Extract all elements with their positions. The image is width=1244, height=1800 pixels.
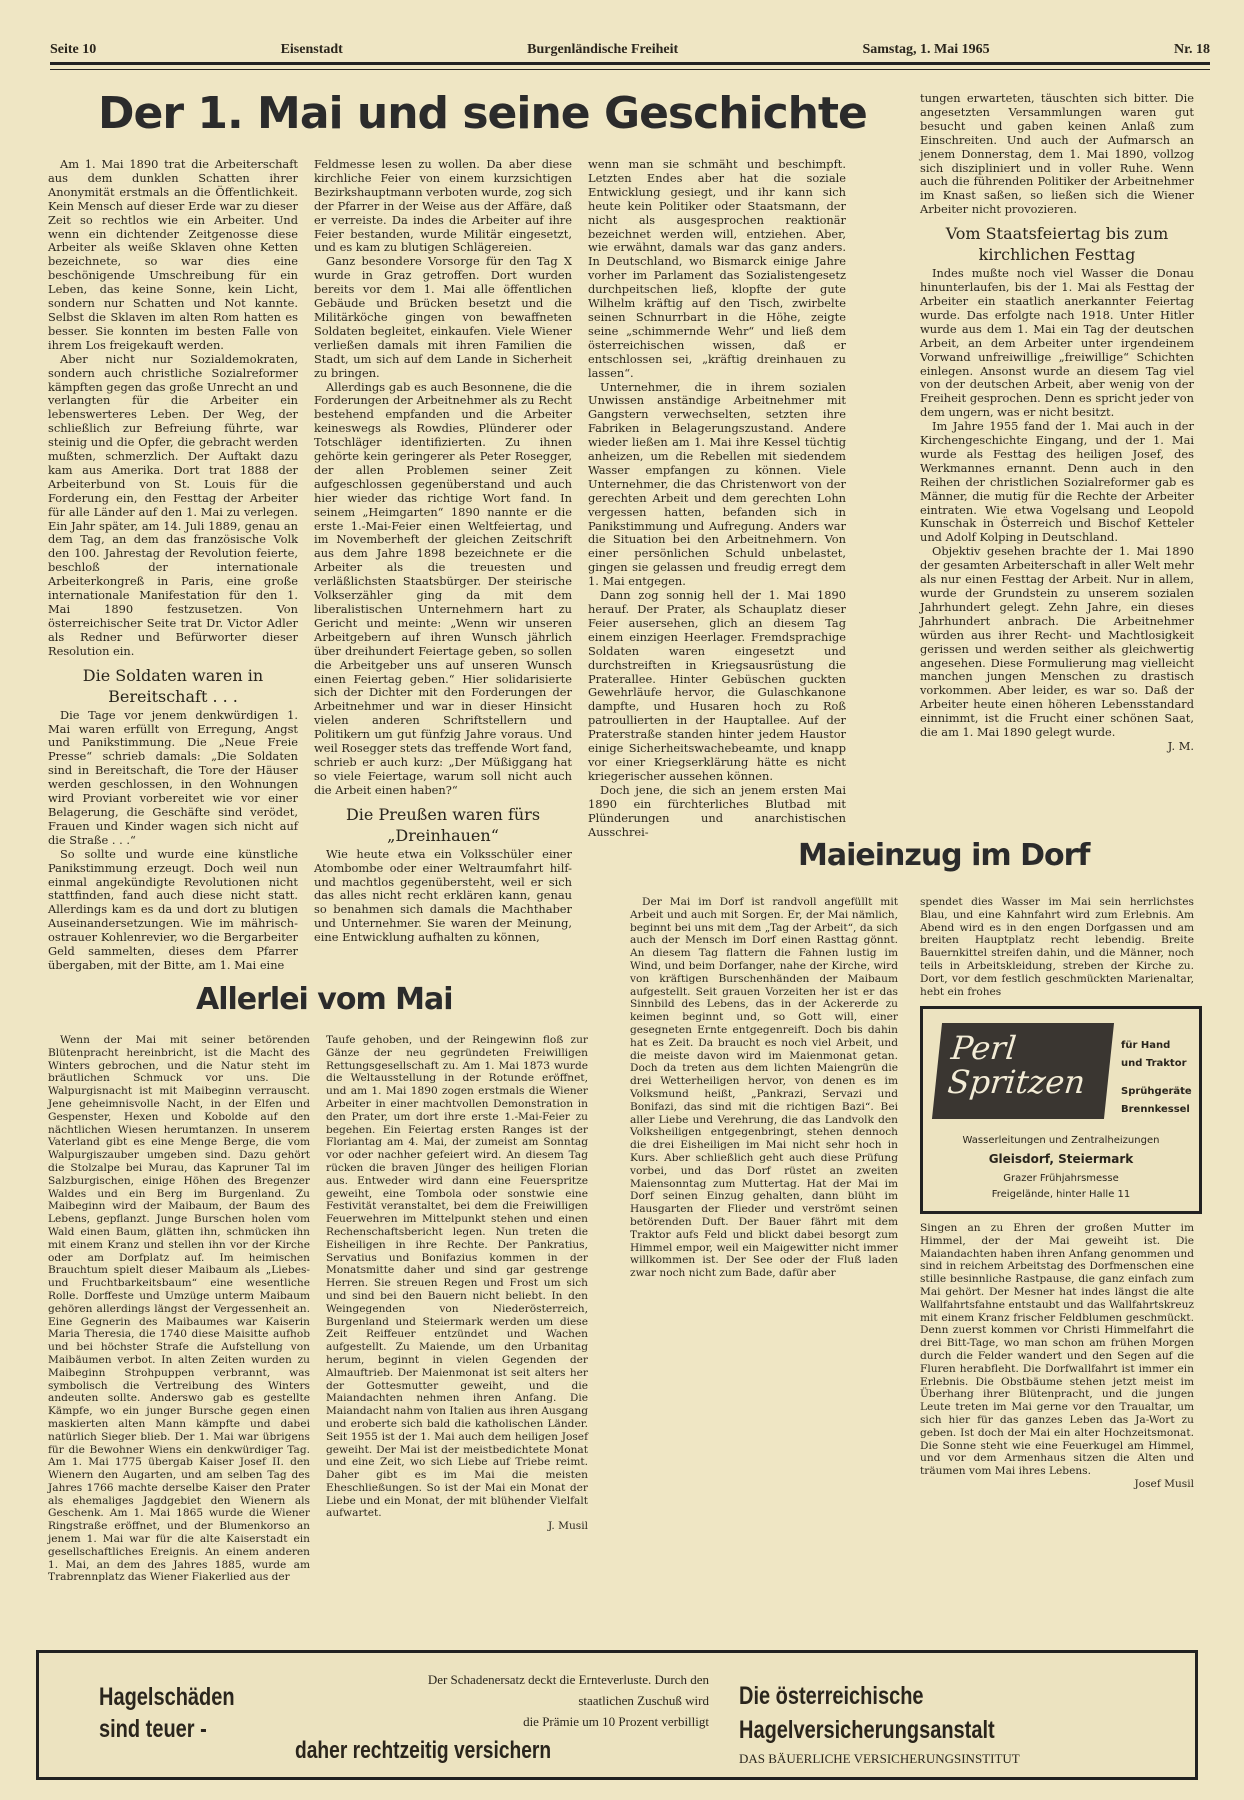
paragraph: Ganz besondere Vorsorge für den Tag X wu… [314, 255, 572, 380]
ad-text: Gleisdorf, Steiermark [923, 1151, 1199, 1167]
article1-column-3: wenn man sie schmäht und beschimpft. Let… [588, 158, 846, 839]
paragraph: Die Tage vor jenem denkwürdigen 1. Mai w… [48, 709, 298, 848]
ad-text: für Hand [1121, 1037, 1192, 1055]
ad-text: Der Schadenersatz deckt die Ernteverlust… [329, 1669, 709, 1690]
paper-name: Burgenländische Freiheit [527, 42, 678, 58]
paragraph: Feldmesse lesen zu wollen. Da aber diese… [314, 158, 572, 255]
ad-text: daher rechtzeitig versichern [295, 1737, 551, 1765]
signature: J. M. [920, 740, 1194, 754]
article2-column-2: Taufe gehoben, und der Reingewinn floß z… [326, 1034, 588, 1533]
ad-hagelversicherung: Hagelschäden sind teuer - Der Schadeners… [36, 1650, 1198, 1780]
paragraph: Der Mai im Dorf ist randvoll angefüllt m… [630, 896, 898, 1280]
ad-text: Sprühgeräte [1121, 1083, 1192, 1101]
ad-text: Grazer Frühjahrsmesse [923, 1171, 1199, 1187]
paragraph: spendet dies Wasser im Mai sein herrlich… [920, 896, 1194, 998]
ad-perl-spritzen: Perl Spritzen für Hand und Traktor Sprüh… [920, 1006, 1202, 1214]
paragraph: wenn man sie schmäht und beschimpft. Let… [588, 158, 846, 381]
ad-text: Hagelschäden [99, 1681, 235, 1713]
ad-text: und Traktor [1121, 1055, 1192, 1073]
article2-title: Allerlei vom Mai [196, 982, 453, 1017]
article3-column-2a: spendet dies Wasser im Mai sein herrlich… [920, 896, 1194, 998]
perl-logo: Perl Spritzen [932, 1023, 1114, 1119]
ad-text: Brennkessel [1121, 1101, 1192, 1119]
paragraph: Wie heute etwa ein Volksschüler einer At… [314, 848, 572, 945]
article3-title: Maieinzug im Dorf [798, 838, 1089, 873]
article1-column-1: Am 1. Mai 1890 trat die Arbeiterschaft a… [48, 158, 298, 973]
article3-column-2b: Singen an zu Ehren der großen Mutter im … [920, 1222, 1194, 1491]
masthead-rule [50, 62, 1210, 70]
paragraph: So sollte und wurde eine künstliche Pani… [48, 848, 298, 973]
paragraph: Doch jene, die sich an jenem ersten Mai … [588, 784, 846, 840]
ad-text: Hagelversicherungsanstalt [739, 1713, 995, 1747]
paragraph: Wenn der Mai mit seiner betörenden Blüte… [48, 1034, 310, 1584]
city: Eisenstadt [281, 42, 343, 58]
article1-column-2: Feldmesse lesen zu wollen. Da aber diese… [314, 158, 572, 945]
subheading: Die Soldaten waren in Bereitschaft . . . [48, 665, 298, 707]
signature: Josef Musil [920, 1478, 1194, 1491]
article1-column-4: tungen erwarteten, täuschten sich bitter… [920, 92, 1194, 754]
paragraph: Indes mußte noch viel Wasser die Donau h… [920, 267, 1194, 420]
issue-number: Nr. 18 [1174, 42, 1210, 58]
ad-text: sind teuer - [99, 1713, 235, 1745]
paragraph: tungen erwarteten, täuschten sich bitter… [920, 92, 1194, 217]
ad-text: die Prämie um 10 Prozent verbilligt [329, 1711, 709, 1732]
paragraph: Dann zog sonnig hell der 1. Mai 1890 her… [588, 589, 846, 784]
masthead: Seite 10 Eisenstadt Burgenländische Frei… [50, 42, 1210, 58]
paragraph: Im Jahre 1955 fand der 1. Mai auch in de… [920, 420, 1194, 545]
ad-text: Freigelände, hinter Halle 11 [923, 1187, 1199, 1203]
ad-text: staatlichen Zuschuß wird [329, 1690, 709, 1711]
ad-text: Wasserleitungen und Zentralheizungen [923, 1133, 1199, 1149]
ad-text: Die österreichische [739, 1679, 995, 1713]
paragraph: Am 1. Mai 1890 trat die Arbeiterschaft a… [48, 158, 298, 353]
subheading: Die Preußen waren fürs „Dreinhauen“ [314, 804, 572, 846]
article1-title: Der 1. Mai und seine Geschichte [98, 88, 867, 139]
ad-text: DAS BÄUERLICHE VERSICHERUNGSINSTITUT [739, 1751, 1059, 1767]
paragraph: Singen an zu Ehren der großen Mutter im … [920, 1222, 1194, 1478]
article2-column-1: Wenn der Mai mit seiner betörenden Blüte… [48, 1034, 310, 1584]
page-number: Seite 10 [50, 42, 96, 58]
paragraph: Unternehmer, die in ihrem sozialen Unwis… [588, 381, 846, 590]
paragraph: Aber nicht nur Sozialdemokraten, sondern… [48, 353, 298, 659]
signature: J. Musil [326, 1520, 588, 1533]
issue-date: Samstag, 1. Mai 1965 [862, 42, 989, 58]
article3-column-1: Der Mai im Dorf ist randvoll angefüllt m… [630, 896, 898, 1280]
paragraph: Taufe gehoben, und der Reingewinn floß z… [326, 1034, 588, 1520]
paragraph: Allerdings gab es auch Besonnene, die di… [314, 381, 572, 798]
subheading: Vom Staatsfeiertag bis zum kirchlichen F… [920, 223, 1194, 265]
paragraph: Objektiv gesehen brachte der 1. Mai 1890… [920, 545, 1194, 740]
